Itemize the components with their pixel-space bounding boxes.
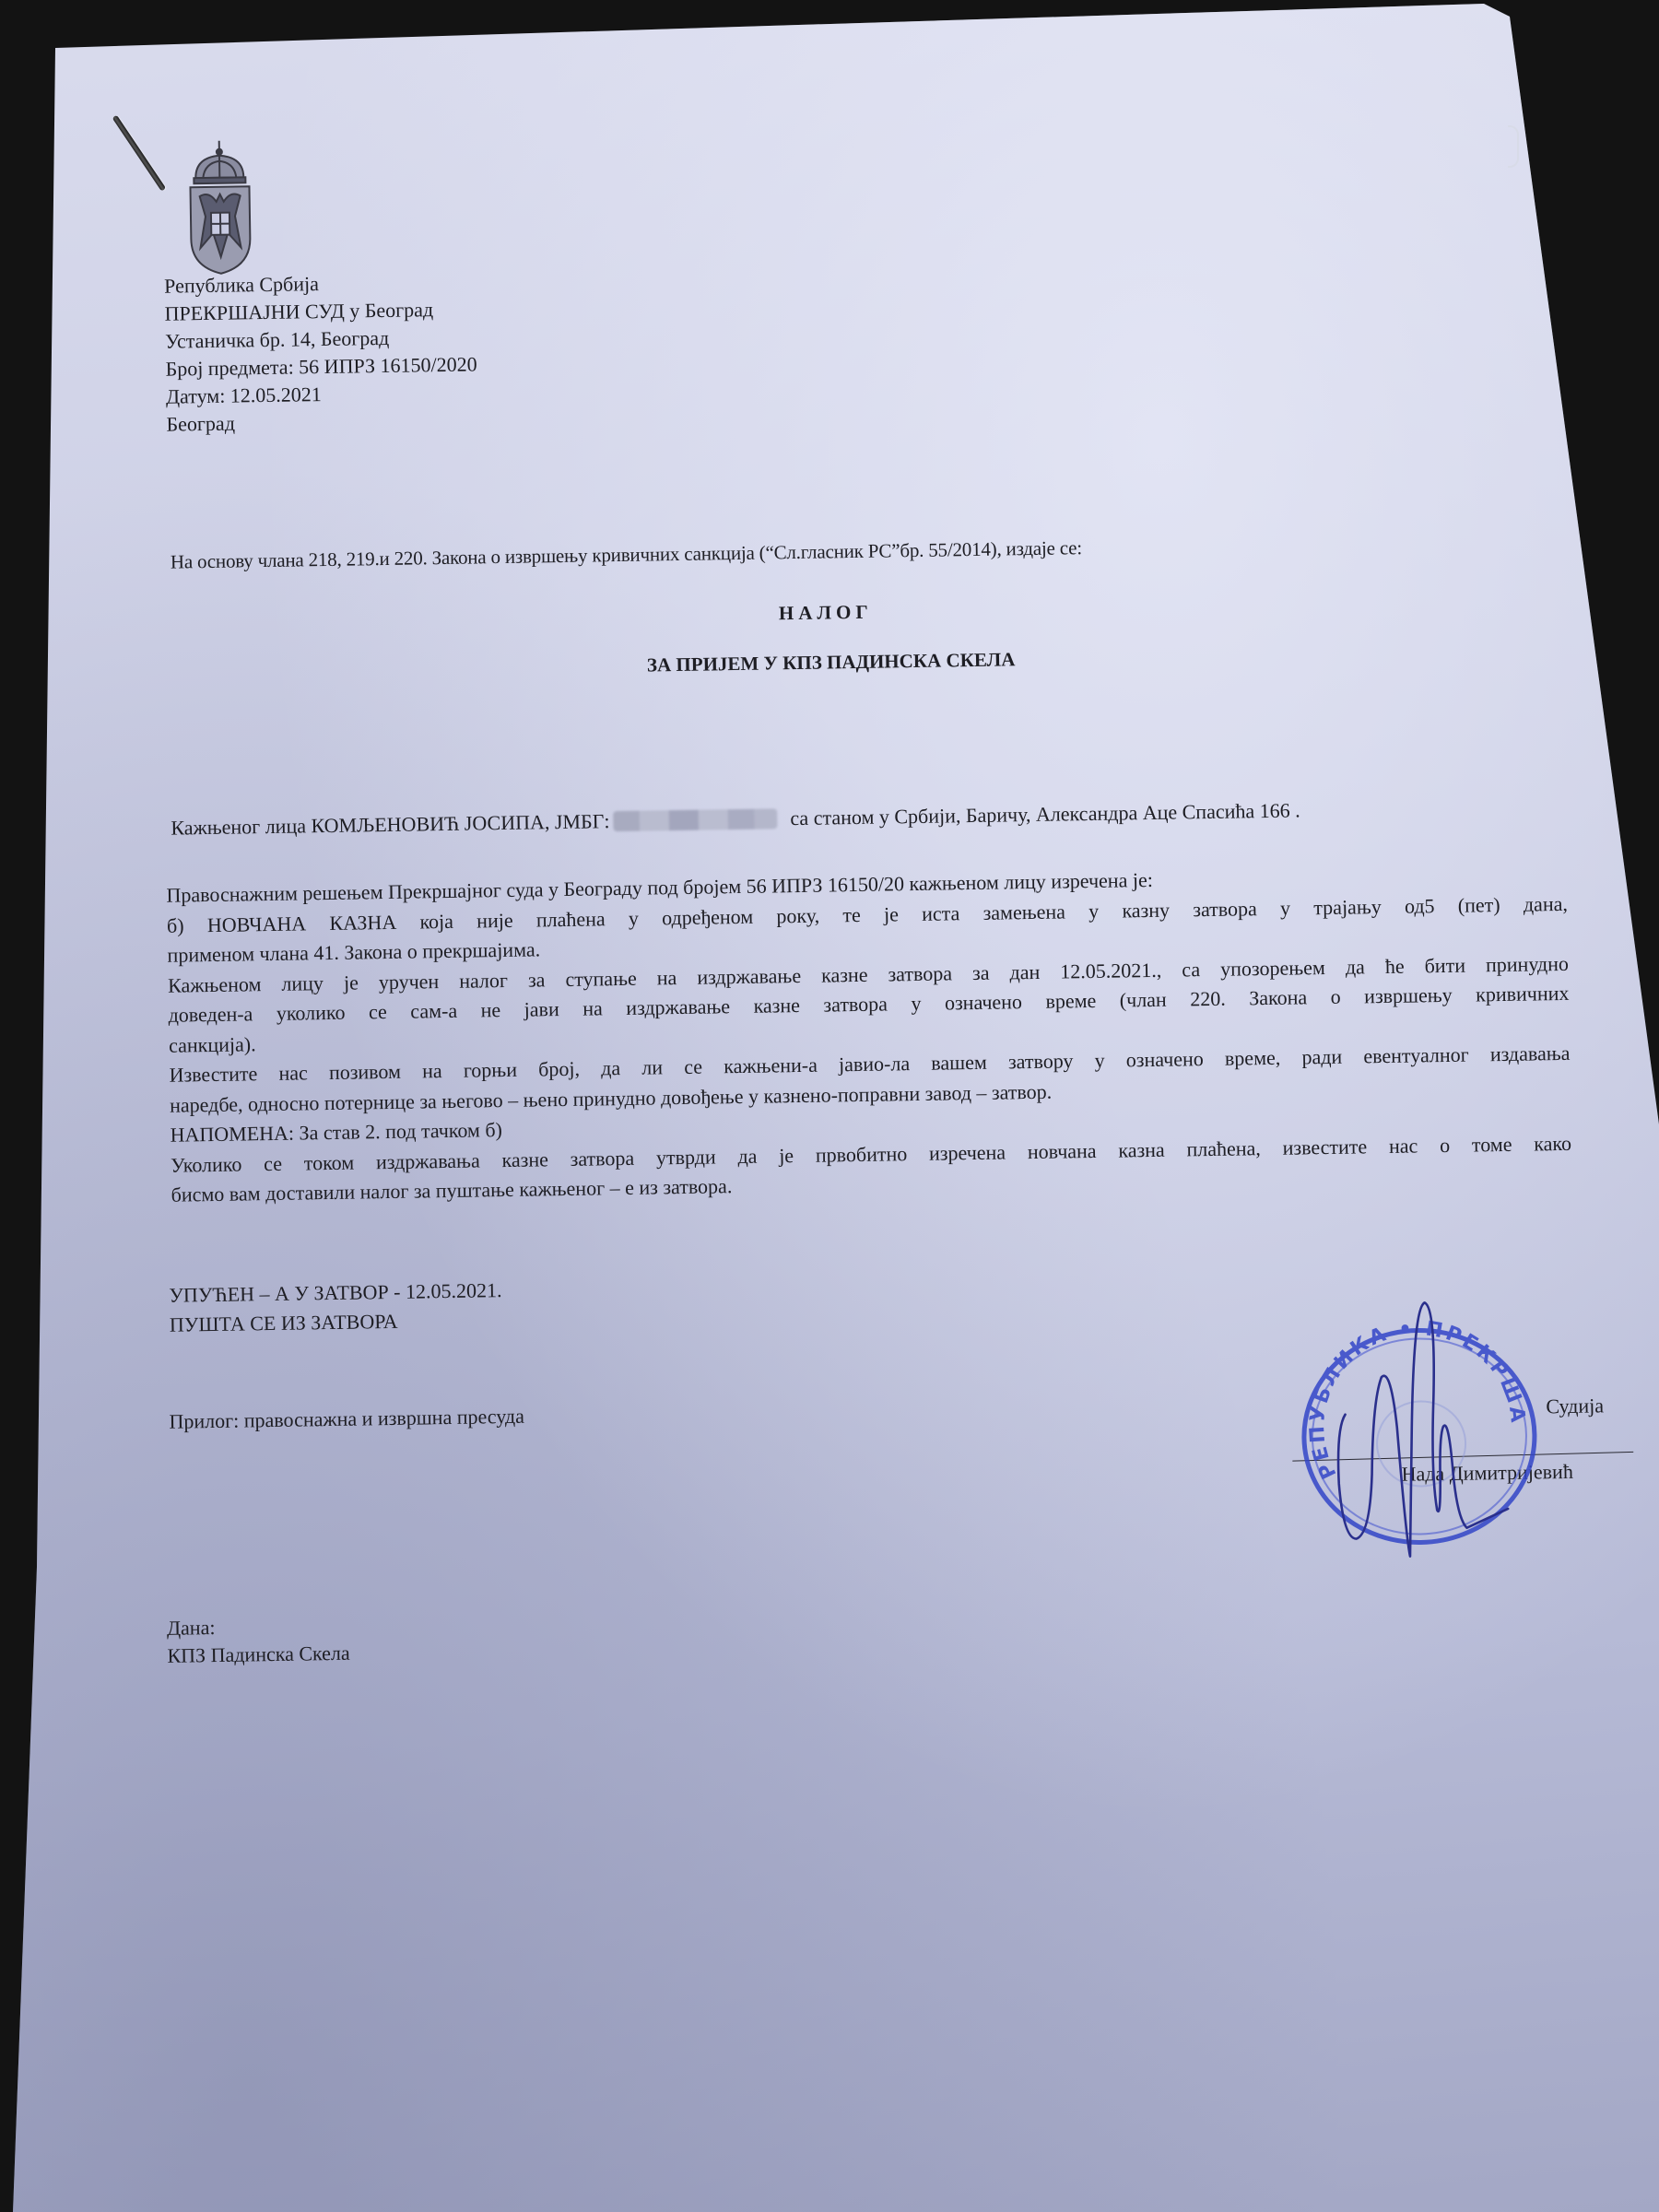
legal-basis: На основу члана 218, 219.и 220. Закона о… — [171, 536, 1082, 574]
person-name: Кажњеног лица КОМЉЕНОВИЋ ЈОСИПА, ЈМБГ: — [171, 809, 609, 839]
staple-icon — [112, 115, 167, 192]
convicted-person: Кажњеног лица КОМЉЕНОВИЋ ЈОСИПА, ЈМБГ:са… — [171, 798, 1300, 840]
signature-line — [1292, 1452, 1633, 1462]
judge-role: Судија — [1546, 1394, 1604, 1418]
judge-name: Нада Димитријевић — [1401, 1460, 1573, 1487]
receipt-institution: КПЗ Падинска Скела — [167, 1640, 350, 1670]
redacted-jmbg — [613, 808, 777, 831]
receipt-footer: Дана: КПЗ Падинска Скела — [167, 1612, 350, 1670]
attachment-note: Прилог: правоснажна и извршна пресуда — [169, 1405, 524, 1434]
status-sent: УПУЋЕН – А У ЗАТВОР - 12.05.2021. — [169, 1276, 502, 1311]
status-released: ПУШТА СЕ ИЗ ЗАТВОРА — [170, 1305, 503, 1340]
header-city: Београд — [166, 406, 477, 438]
stamp-text: РЕПУБЛИКА • ПРЕКРШАЈНИ • БЕОГРАД — [1278, 1287, 1530, 1483]
svg-text:РЕПУБЛИКА • ПРЕКРШАЈНИ • БЕОГР: РЕПУБЛИКА • ПРЕКРШАЈНИ • БЕОГРАД — [1278, 1287, 1530, 1483]
prison-status: УПУЋЕН – А У ЗАТВОР - 12.05.2021. ПУШТА … — [169, 1276, 502, 1340]
court-header: Република Србија ПРЕКРШАЈНИ СУД у Београ… — [164, 267, 478, 438]
person-address: са станом у Србији, Баричу, Александра А… — [790, 798, 1300, 829]
header-case-number: Број предмета: 56 ИПРЗ 16150/2020 — [165, 350, 477, 382]
court-stamp-icon: РЕПУБЛИКА • ПРЕКРШАЈНИ • БЕОГРАД — [1278, 1287, 1559, 1568]
receipt-date-label: Дана: — [167, 1612, 350, 1642]
document: Република Србија ПРЕКРШАЈНИ СУД у Београ… — [0, 0, 1659, 2212]
document-title: НАЛОГ — [6, 589, 1646, 638]
order-body: Правоснажним решењем Прекршајног суда у … — [166, 859, 1571, 1210]
header-court: ПРЕКРШАЈНИ СУД у Београд — [164, 295, 476, 327]
serbian-coat-of-arms-icon — [182, 136, 258, 276]
document-subtitle: ЗА ПРИЈЕМ У КПЗ ПАДИНСКА СКЕЛА — [6, 638, 1656, 687]
